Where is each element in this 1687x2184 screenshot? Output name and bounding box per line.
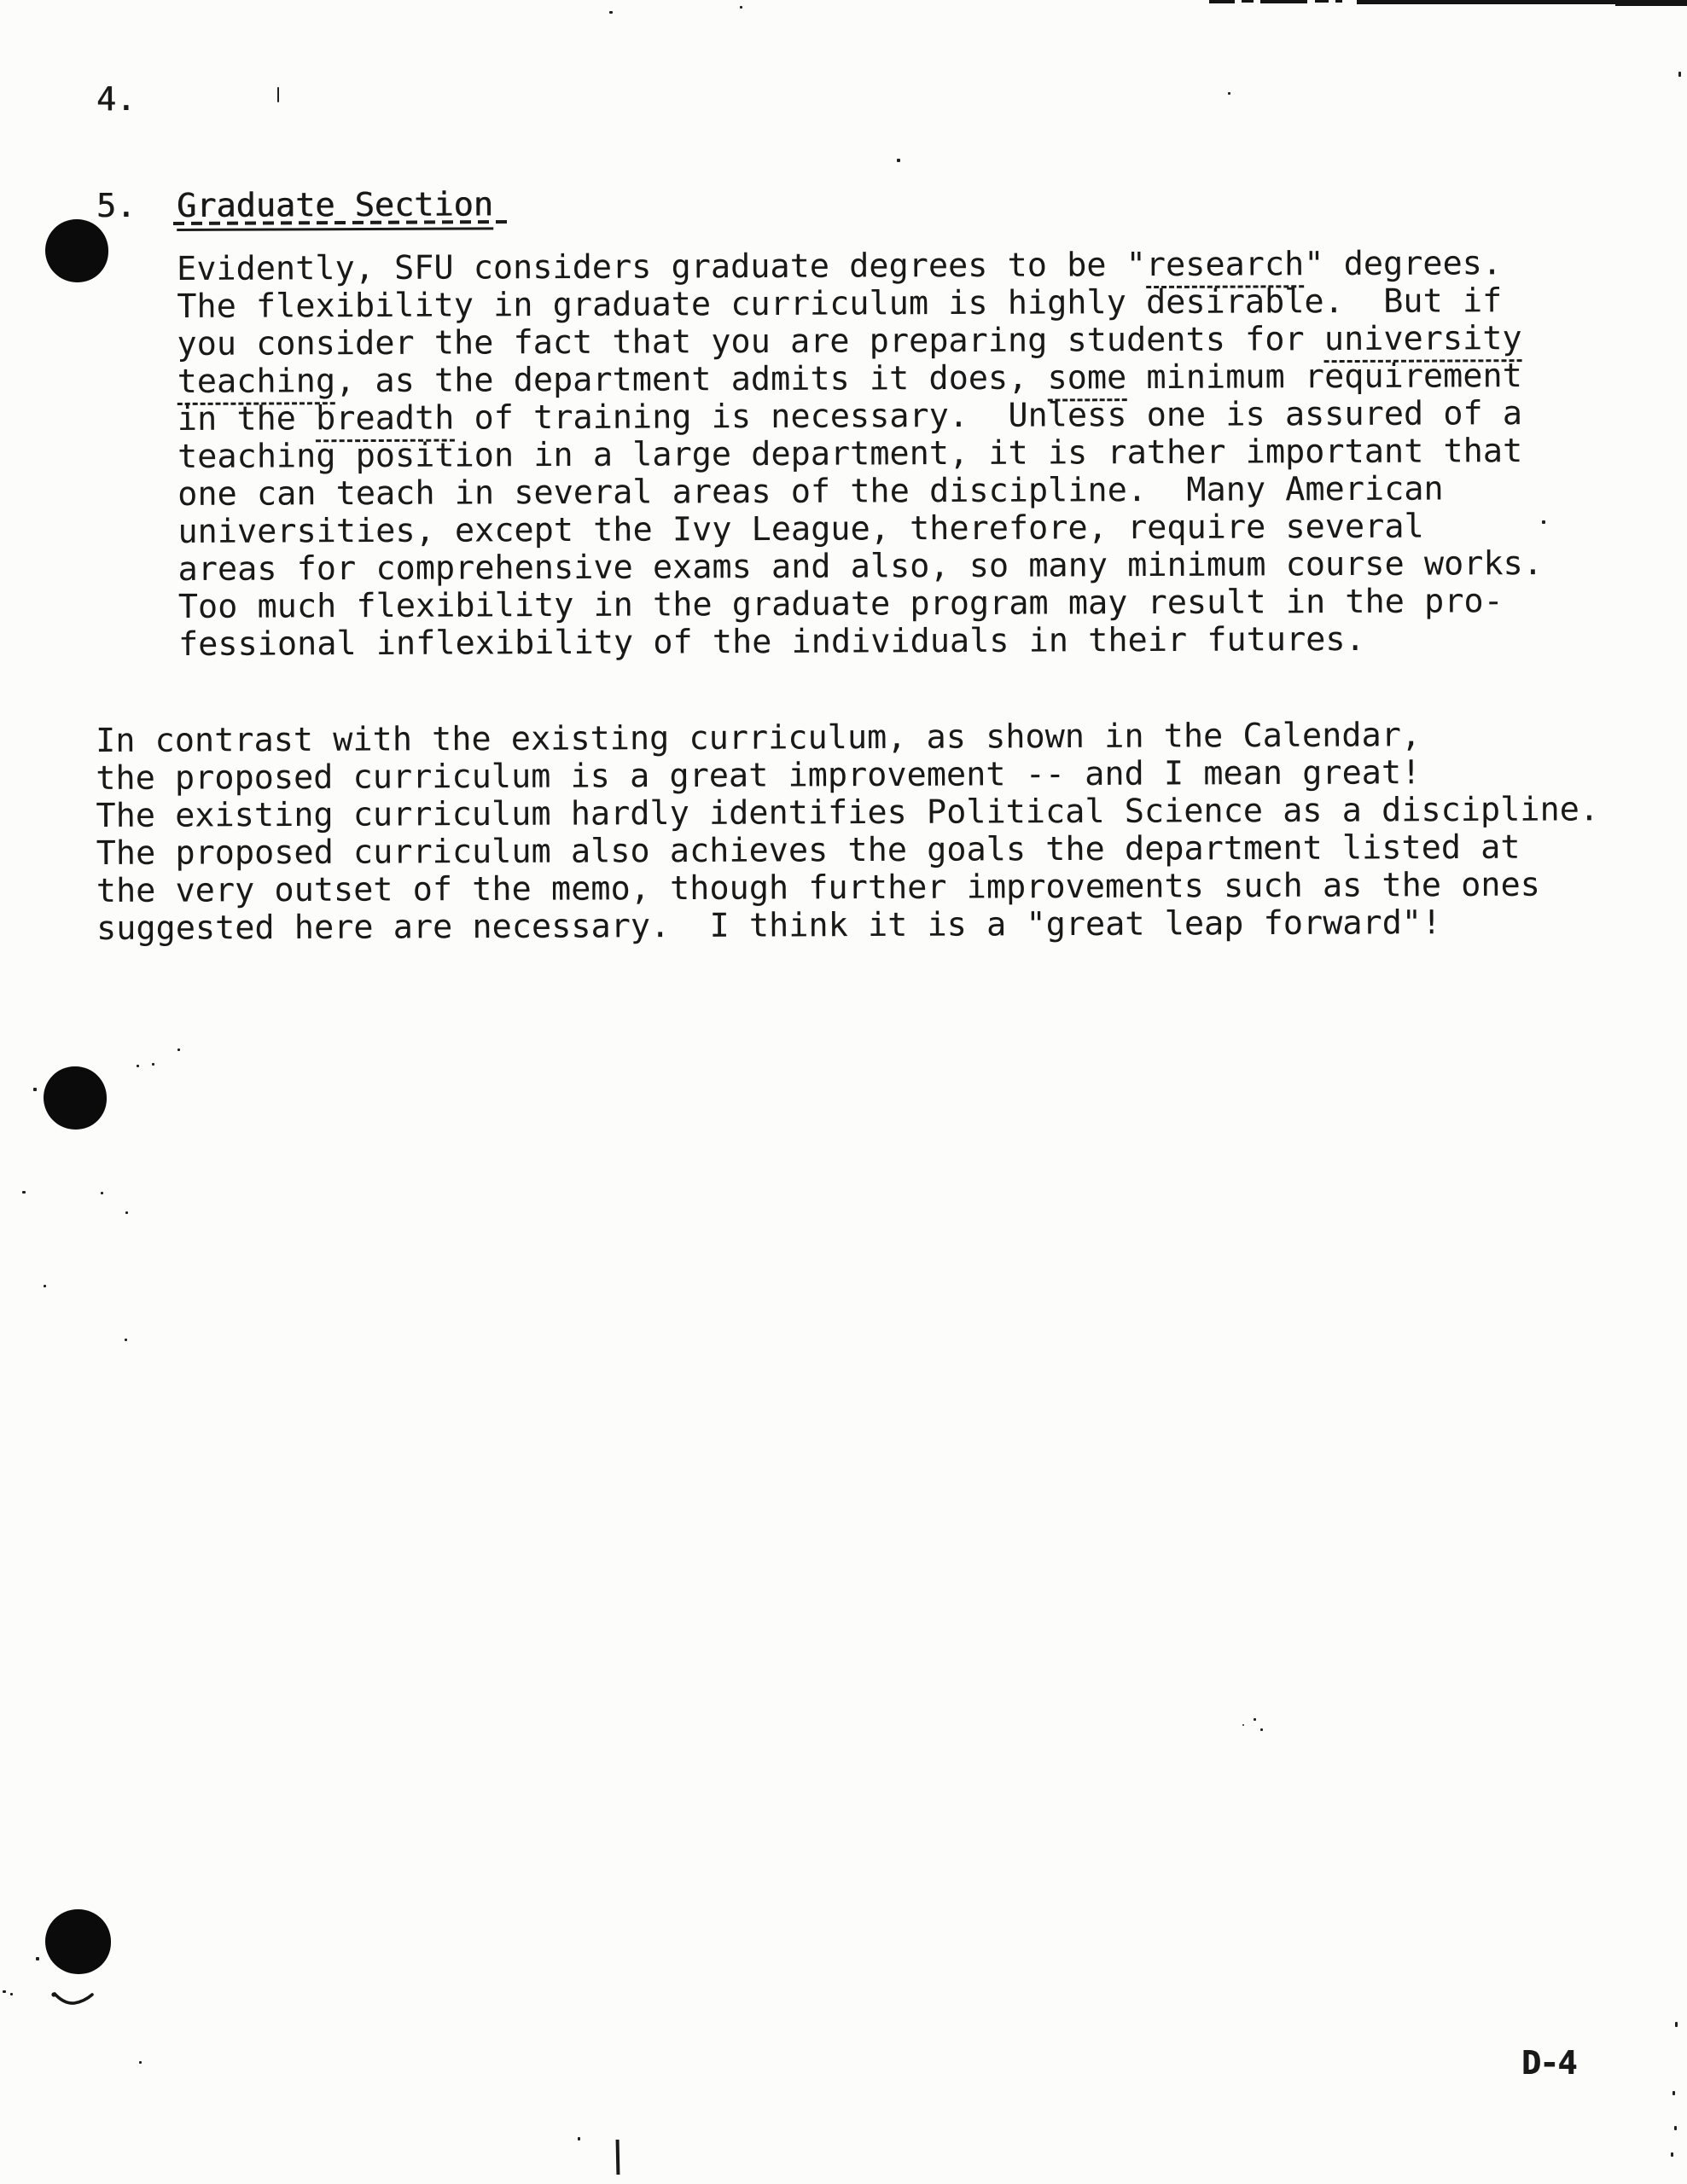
scan-speck bbox=[177, 1048, 180, 1051]
underlined-word: breadth bbox=[316, 399, 454, 443]
scan-edge-dash bbox=[1315, 0, 1329, 3]
scan-speck bbox=[1675, 2022, 1678, 2027]
text-line: fessional inflexibility of the individua… bbox=[178, 620, 1544, 664]
scan-speck bbox=[1254, 1718, 1256, 1721]
paragraph-conclusion: In contrast with the existing curriculum… bbox=[96, 716, 1600, 948]
scan-speck bbox=[22, 1191, 26, 1194]
scan-speck bbox=[609, 11, 613, 14]
scan-edge-dash bbox=[1260, 0, 1307, 3]
scan-speck bbox=[101, 1192, 103, 1194]
scan-speck bbox=[1678, 72, 1681, 77]
scan-speck bbox=[33, 1088, 37, 1091]
paragraph-graduate-section: Evidently, SFU considers graduate degree… bbox=[177, 245, 1543, 664]
scan-edge-dash bbox=[1242, 0, 1254, 3]
scan-speck bbox=[1542, 520, 1545, 524]
scan-edge-dash bbox=[1357, 0, 1621, 4]
scan-speck bbox=[1228, 92, 1230, 95]
scan-speck bbox=[125, 1339, 127, 1341]
scanned-document-page: 4. 5. Graduate Section Evidently, SFU co… bbox=[0, 0, 1687, 2184]
page-footer-label: D-4 bbox=[1521, 2045, 1576, 2082]
scan-speck bbox=[10, 1993, 13, 1995]
scan-speck bbox=[1674, 2126, 1677, 2130]
scan-speck bbox=[1260, 1728, 1263, 1731]
scan-speck bbox=[1671, 2152, 1673, 2157]
scan-edge-dash bbox=[1615, 0, 1687, 6]
pen-squiggle-mark bbox=[47, 1984, 107, 2011]
scan-speck bbox=[137, 1065, 139, 1067]
scan-speck bbox=[897, 159, 900, 162]
scan-speck bbox=[36, 1957, 39, 1960]
scan-speck bbox=[277, 87, 279, 102]
scan-speck bbox=[44, 1285, 46, 1287]
scan-speck bbox=[125, 1211, 128, 1214]
scan-speck bbox=[152, 1063, 154, 1066]
scan-speck bbox=[139, 2061, 142, 2064]
bottom-scan-mark bbox=[616, 2140, 620, 2175]
scan-edge-dash bbox=[1209, 0, 1235, 3]
page-number: 4. bbox=[96, 81, 136, 119]
text-line: suggested here are necessary. I think it… bbox=[96, 903, 1600, 948]
scan-edge-dash bbox=[1335, 0, 1342, 3]
section-number: 5. bbox=[96, 188, 136, 225]
scan-speck bbox=[1242, 1724, 1244, 1726]
scan-speck bbox=[578, 2137, 580, 2140]
underlined-word: some bbox=[1047, 358, 1126, 401]
hole-punch-mark bbox=[45, 1909, 111, 1974]
scan-speck bbox=[3, 1990, 6, 1993]
scan-speck bbox=[740, 6, 742, 9]
hole-punch-mark bbox=[44, 1066, 107, 1130]
hole-punch-mark bbox=[45, 219, 108, 282]
scan-speck bbox=[1672, 2091, 1675, 2095]
